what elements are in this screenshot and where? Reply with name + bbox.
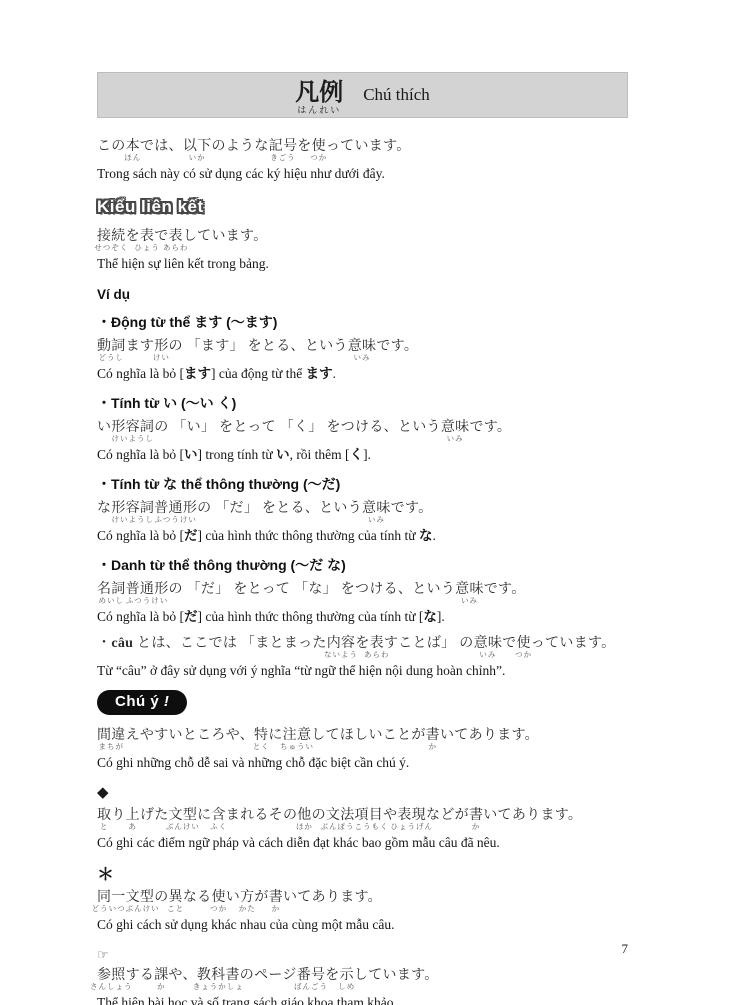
example-heading: ・Động từ thể ます (〜ます): [97, 312, 628, 332]
example-japanese-line: な形容詞けいようし普通形ふつうけいの 「だ」 をとる、という意味いみです。: [97, 501, 628, 528]
example-block-cau: ・câu とは、ここでは 「まとまった内容ないようを表あらわすことば」 の意味い…: [97, 636, 628, 680]
section-heading-link-type: Kiểu liên kết: [97, 197, 204, 217]
example-block-masu: ・Động từ thể ます (〜ます) 動詞どうします形けいの 「ます」 を…: [97, 312, 628, 383]
page-number: 7: [622, 941, 629, 957]
asterisk-japanese-line: 同一文型どういつぶんけいの異ことなる使つかい方かたが書かいてあります。: [97, 890, 628, 917]
header-title-vietnamese: Chú thích: [363, 85, 430, 105]
note-section: Chú ý ! 間違まちがえやすいところや、特とくに注意ちゅういしてほしいことが…: [97, 690, 628, 772]
example-label: Ví dụ: [97, 287, 628, 302]
asterisk-icon: ＊: [97, 866, 628, 883]
reference-section: ☞ 参照さんしょうする課かや、教科書きょうかしょのページ番号ばんごうを示しめして…: [97, 948, 628, 1005]
example-vietnamese-line: Có nghĩa là bỏ [だ] của hình thức thông t…: [97, 609, 628, 626]
header-title-furigana: はんれい: [297, 106, 341, 115]
example-block-na-adjective: ・Tính từ な thể thông thường (〜だ) な形容詞けいよ…: [97, 474, 628, 545]
asterisk-vietnamese-line: Có ghi cách sử dụng khác nhau của cùng m…: [97, 917, 628, 934]
diamond-japanese-line: 取とり上あげた文型ぶんけいに含ふくまれるその他ほかの文法項目ぶんぽうこうもくや表…: [97, 808, 628, 835]
reference-japanese-line: 参照さんしょうする課かや、教科書きょうかしょのページ番号ばんごうを示しめしていま…: [97, 968, 628, 995]
note-japanese-line: 間違まちがえやすいところや、特とくに注意ちゅういしてほしいことが書かいてあります…: [97, 728, 628, 755]
example-japanese-line: 動詞どうします形けいの 「ます」 をとる、という意味いみです。: [97, 339, 628, 366]
pointing-hand-icon: ☞: [97, 948, 628, 961]
example-japanese-line: ・câu とは、ここでは 「まとまった内容ないようを表あらわすことば」 の意味い…: [97, 636, 628, 663]
document-page: 凡例 はんれい Chú thích この本ほんでは、以下いかのような記号きごうを…: [0, 0, 729, 1005]
example-heading: ・Tính từ い (〜い く): [97, 393, 628, 413]
intro-japanese-line: この本ほんでは、以下いかのような記号きごうを使つかっています。: [97, 139, 628, 166]
example-block-i-adjective: ・Tính từ い (〜い く) い形容詞けいようしの 「い」 をとって 「く…: [97, 393, 628, 464]
diamond-vietnamese-line: Có ghi các điểm ngữ pháp và cách diễn đạ…: [97, 835, 628, 852]
example-japanese-line: 名詞めいし普通形ふつうけいの 「だ」 をとって 「な」 をつける、という意味いみ…: [97, 582, 628, 609]
example-vietnamese-line: Từ “câu” ở đây sử dụng với ý nghĩa “từ n…: [97, 663, 628, 680]
example-japanese-line: い形容詞けいようしの 「い」 をとって 「く」 をつける、という意味いみです。: [97, 420, 628, 447]
note-vietnamese-line: Có ghi những chỗ dễ sai và những chỗ đặc…: [97, 755, 628, 772]
asterisk-section: ＊ 同一文型どういつぶんけいの異ことなる使つかい方かたが書かいてあります。 Có…: [97, 866, 628, 934]
example-vietnamese-line: Có nghĩa là bỏ [だ] của hình thức thông t…: [97, 528, 628, 545]
intro-vietnamese-line: Trong sách này có sử dụng các ký hiệu nh…: [97, 166, 628, 183]
page-header-banner: 凡例 はんれい Chú thích: [97, 72, 628, 118]
example-vietnamese-line: Có nghĩa là bỏ [い] trong tính từ い, rồi …: [97, 447, 628, 464]
header-title-text: 凡例: [295, 80, 343, 106]
link-type-vietnamese-line: Thể hiện sự liên kết trong bảng.: [97, 256, 628, 273]
link-type-block: 接続せつぞくを表ひょうで表あらわしています。 Thể hiện sự liên …: [97, 229, 628, 273]
example-block-noun: ・Danh từ thể thông thường (〜だ な) 名詞めいし普通…: [97, 555, 628, 626]
example-vietnamese-line: Có nghĩa là bỏ [ます] của động từ thể ます.: [97, 366, 628, 383]
example-heading: ・Tính từ な thể thông thường (〜だ): [97, 474, 628, 494]
section-heading-wrap: Kiểu liên kết: [97, 197, 628, 217]
intro-block: この本ほんでは、以下いかのような記号きごうを使つかっています。 Trong sá…: [97, 139, 628, 183]
example-heading: ・Danh từ thể thông thường (〜だ な): [97, 555, 628, 575]
header-title-japanese: 凡例 はんれい: [295, 81, 343, 105]
note-badge: Chú ý !: [97, 690, 187, 715]
link-type-japanese-line: 接続せつぞくを表ひょうで表あらわしています。: [97, 229, 628, 256]
page-content: 凡例 はんれい Chú thích この本ほんでは、以下いかのような記号きごうを…: [97, 72, 628, 1005]
reference-vietnamese-line: Thể hiện bài học và số trang sách giáo k…: [97, 995, 628, 1005]
diamond-icon: ◆: [97, 786, 628, 801]
diamond-section: ◆ 取とり上あげた文型ぶんけいに含ふくまれるその他ほかの文法項目ぶんぽうこうもく…: [97, 786, 628, 852]
